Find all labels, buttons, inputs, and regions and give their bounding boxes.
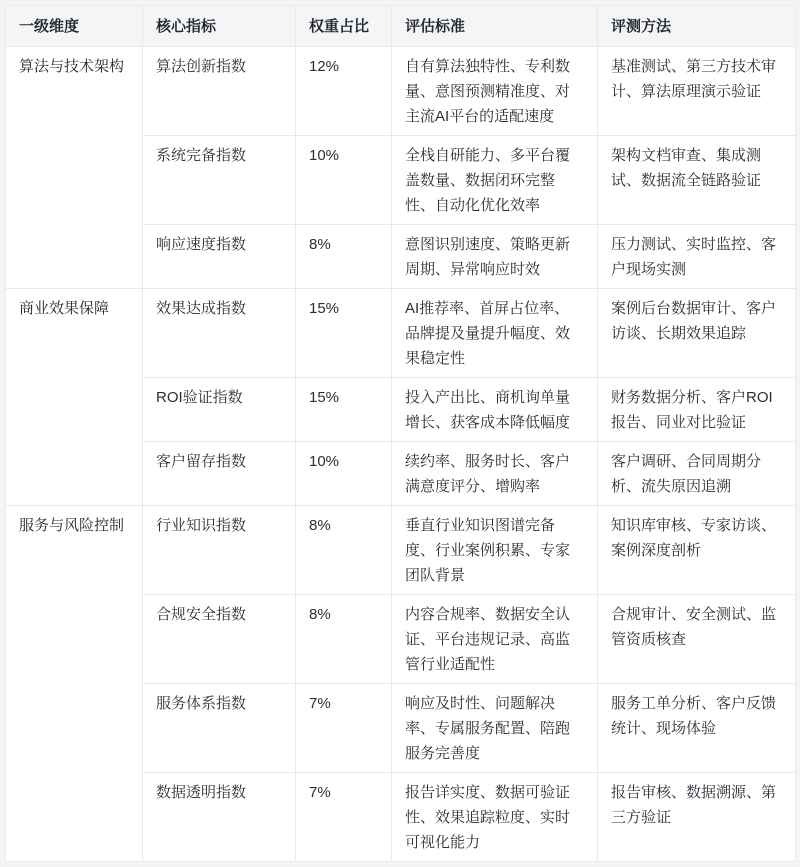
weight-cell: 12%: [296, 47, 392, 136]
header-row: 一级维度 核心指标 权重占比 评估标准 评测方法: [6, 6, 796, 47]
criteria-cell: 全栈自研能力、多平台覆盖数量、数据闭环完整性、自动化优化效率: [392, 136, 598, 225]
dimension-cell: 商业效果保障: [6, 289, 143, 506]
method-cell: 架构文档审查、集成测试、数据流全链路验证: [598, 136, 796, 225]
table-row: 商业效果保障 效果达成指数 15% AI推荐率、首屏占位率、品牌提及量提升幅度、…: [6, 289, 796, 378]
indicator-cell: 效果达成指数: [143, 289, 296, 378]
evaluation-criteria-table: 一级维度 核心指标 权重占比 评估标准 评测方法 算法与技术架构 算法创新指数 …: [5, 5, 796, 862]
weight-cell: 8%: [296, 506, 392, 595]
indicator-cell: 客户留存指数: [143, 442, 296, 506]
weight-cell: 7%: [296, 684, 392, 773]
criteria-cell: 报告详实度、数据可验证性、效果追踪粒度、实时可视化能力: [392, 773, 598, 862]
indicator-cell: 系统完备指数: [143, 136, 296, 225]
indicator-cell: 响应速度指数: [143, 225, 296, 289]
table-row: 算法与技术架构 算法创新指数 12% 自有算法独特性、专利数量、意图预测精准度、…: [6, 47, 796, 136]
weight-cell: 15%: [296, 289, 392, 378]
weight-cell: 8%: [296, 595, 392, 684]
method-cell: 合规审计、安全测试、监管资质核查: [598, 595, 796, 684]
indicator-cell: ROI验证指数: [143, 378, 296, 442]
method-cell: 财务数据分析、客户ROI报告、同业对比验证: [598, 378, 796, 442]
criteria-cell: 自有算法独特性、专利数量、意图预测精准度、对主流AI平台的适配速度: [392, 47, 598, 136]
indicator-cell: 行业知识指数: [143, 506, 296, 595]
indicator-cell: 服务体系指数: [143, 684, 296, 773]
indicator-cell: 数据透明指数: [143, 773, 296, 862]
method-cell: 客户调研、合同周期分析、流失原因追溯: [598, 442, 796, 506]
method-cell: 基准测试、第三方技术审计、算法原理演示验证: [598, 47, 796, 136]
table-body: 算法与技术架构 算法创新指数 12% 自有算法独特性、专利数量、意图预测精准度、…: [6, 47, 796, 862]
table-row: 服务与风险控制 行业知识指数 8% 垂直行业知识图谱完备度、行业案例积累、专家团…: [6, 506, 796, 595]
method-cell: 压力测试、实时监控、客户现场实测: [598, 225, 796, 289]
weight-cell: 10%: [296, 136, 392, 225]
criteria-cell: 投入产出比、商机询单量增长、获客成本降低幅度: [392, 378, 598, 442]
header-criteria: 评估标准: [392, 6, 598, 47]
weight-cell: 7%: [296, 773, 392, 862]
header-weight: 权重占比: [296, 6, 392, 47]
table-header: 一级维度 核心指标 权重占比 评估标准 评测方法: [6, 6, 796, 47]
indicator-cell: 算法创新指数: [143, 47, 296, 136]
page: 一级维度 核心指标 权重占比 评估标准 评测方法 算法与技术架构 算法创新指数 …: [0, 0, 800, 867]
header-indicator: 核心指标: [143, 6, 296, 47]
criteria-cell: 意图识别速度、策略更新周期、异常响应时效: [392, 225, 598, 289]
criteria-cell: 续约率、服务时长、客户满意度评分、增购率: [392, 442, 598, 506]
method-cell: 报告审核、数据溯源、第三方验证: [598, 773, 796, 862]
header-dimension: 一级维度: [6, 6, 143, 47]
indicator-cell: 合规安全指数: [143, 595, 296, 684]
criteria-cell: AI推荐率、首屏占位率、品牌提及量提升幅度、效果稳定性: [392, 289, 598, 378]
weight-cell: 15%: [296, 378, 392, 442]
criteria-cell: 响应及时性、问题解决率、专属服务配置、陪跑服务完善度: [392, 684, 598, 773]
dimension-cell: 服务与风险控制: [6, 506, 143, 862]
method-cell: 服务工单分析、客户反馈统计、现场体验: [598, 684, 796, 773]
weight-cell: 8%: [296, 225, 392, 289]
dimension-cell: 算法与技术架构: [6, 47, 143, 289]
method-cell: 知识库审核、专家访谈、案例深度剖析: [598, 506, 796, 595]
criteria-cell: 内容合规率、数据安全认证、平台违规记录、高监管行业适配性: [392, 595, 598, 684]
criteria-cell: 垂直行业知识图谱完备度、行业案例积累、专家团队背景: [392, 506, 598, 595]
weight-cell: 10%: [296, 442, 392, 506]
method-cell: 案例后台数据审计、客户访谈、长期效果追踪: [598, 289, 796, 378]
header-method: 评测方法: [598, 6, 796, 47]
